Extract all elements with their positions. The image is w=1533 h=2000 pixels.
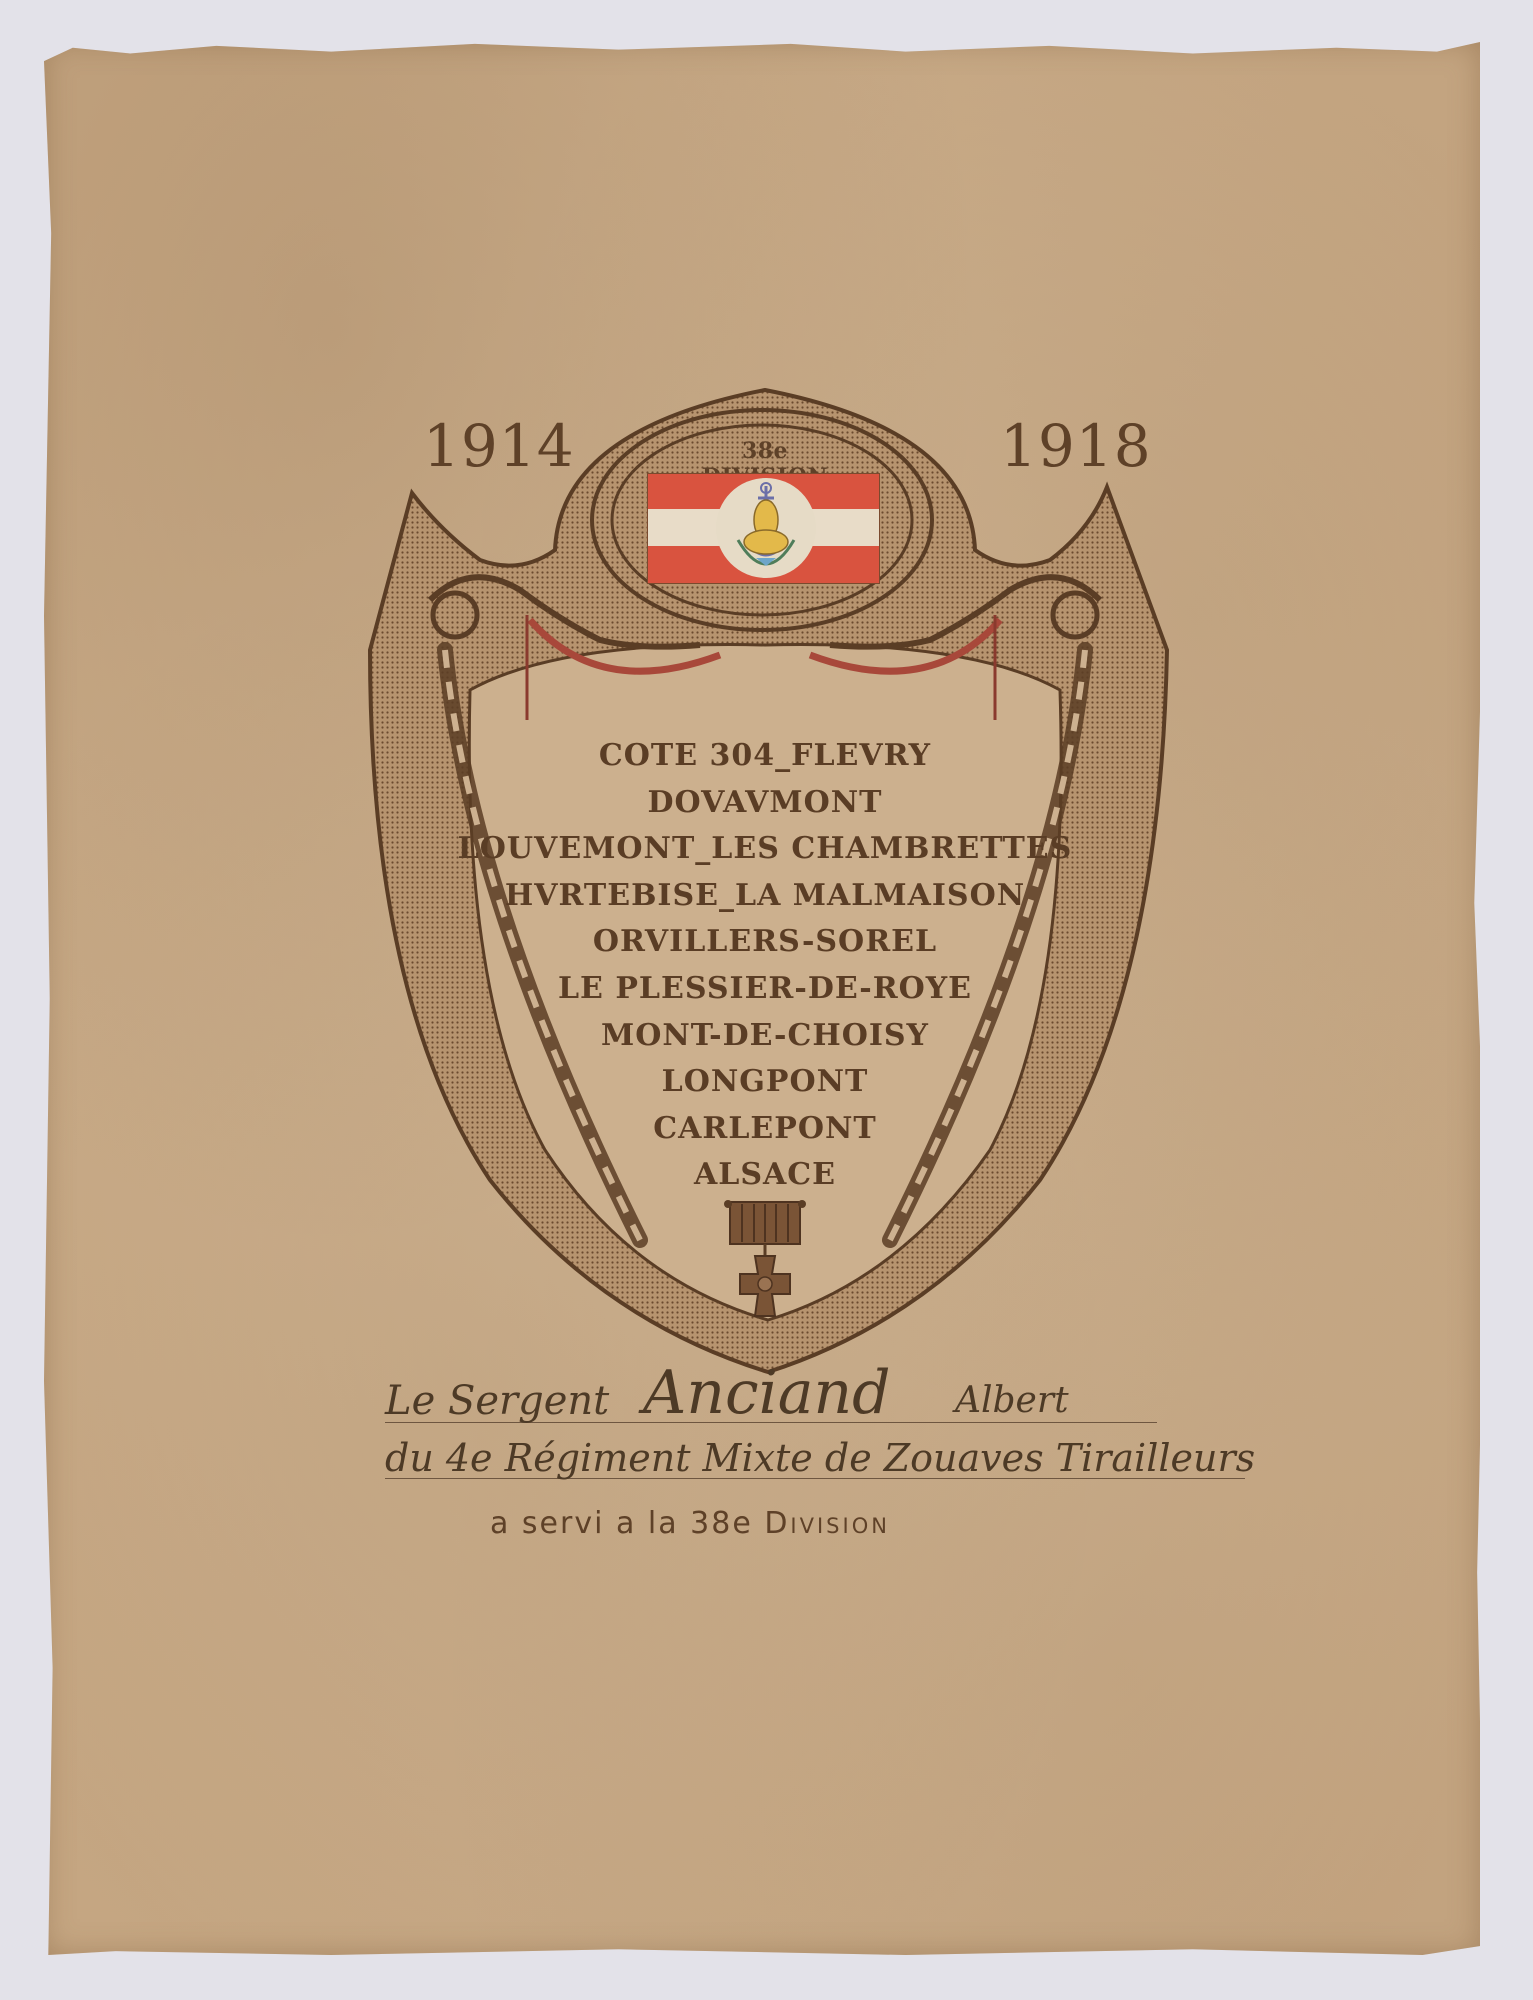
division-flag (647, 473, 880, 584)
battle-honour: MONT-DE-CHOISY (420, 1013, 1110, 1060)
recipient-surname: Anciand (643, 1358, 891, 1428)
battle-honour: ALSACE (420, 1152, 1110, 1199)
service-statement: a servi a la 38e Division (490, 1506, 890, 1541)
anchor-hand-bugle-emblem-icon (716, 478, 816, 578)
battle-honour: DOVAVMONT (420, 780, 1110, 827)
battle-honour: HVRTEBISE_LA MALMAISON (420, 873, 1110, 920)
battle-honour: COTE 304_FLEVRY (420, 733, 1110, 780)
battle-honour: CARLEPONT (420, 1106, 1110, 1153)
battle-honours-list: COTE 304_FLEVRY DOVAVMONT LOUVEMONT_LES … (420, 733, 1110, 1199)
battle-honour: LONGPONT (420, 1059, 1110, 1106)
croix-de-guerre-icon (720, 1198, 810, 1328)
battle-honour: ORVILLERS-SOREL (420, 919, 1110, 966)
recipient-first-name: Albert (955, 1380, 1069, 1421)
battle-honour: LE PLESSIER-DE-ROYE (420, 966, 1110, 1013)
battle-honour: LOUVEMONT_LES CHAMBRETTES (420, 826, 1110, 873)
service-statement-division: Division (764, 1506, 890, 1541)
year-start: 1914 (423, 412, 575, 480)
year-end: 1918 (1000, 412, 1152, 480)
recipient-unit: du 4e Régiment Mixte de Zouaves Tiraille… (385, 1436, 1255, 1480)
rank-prefix: Le Sergent (385, 1378, 609, 1424)
service-statement-text: a servi a la 38e (490, 1506, 753, 1541)
